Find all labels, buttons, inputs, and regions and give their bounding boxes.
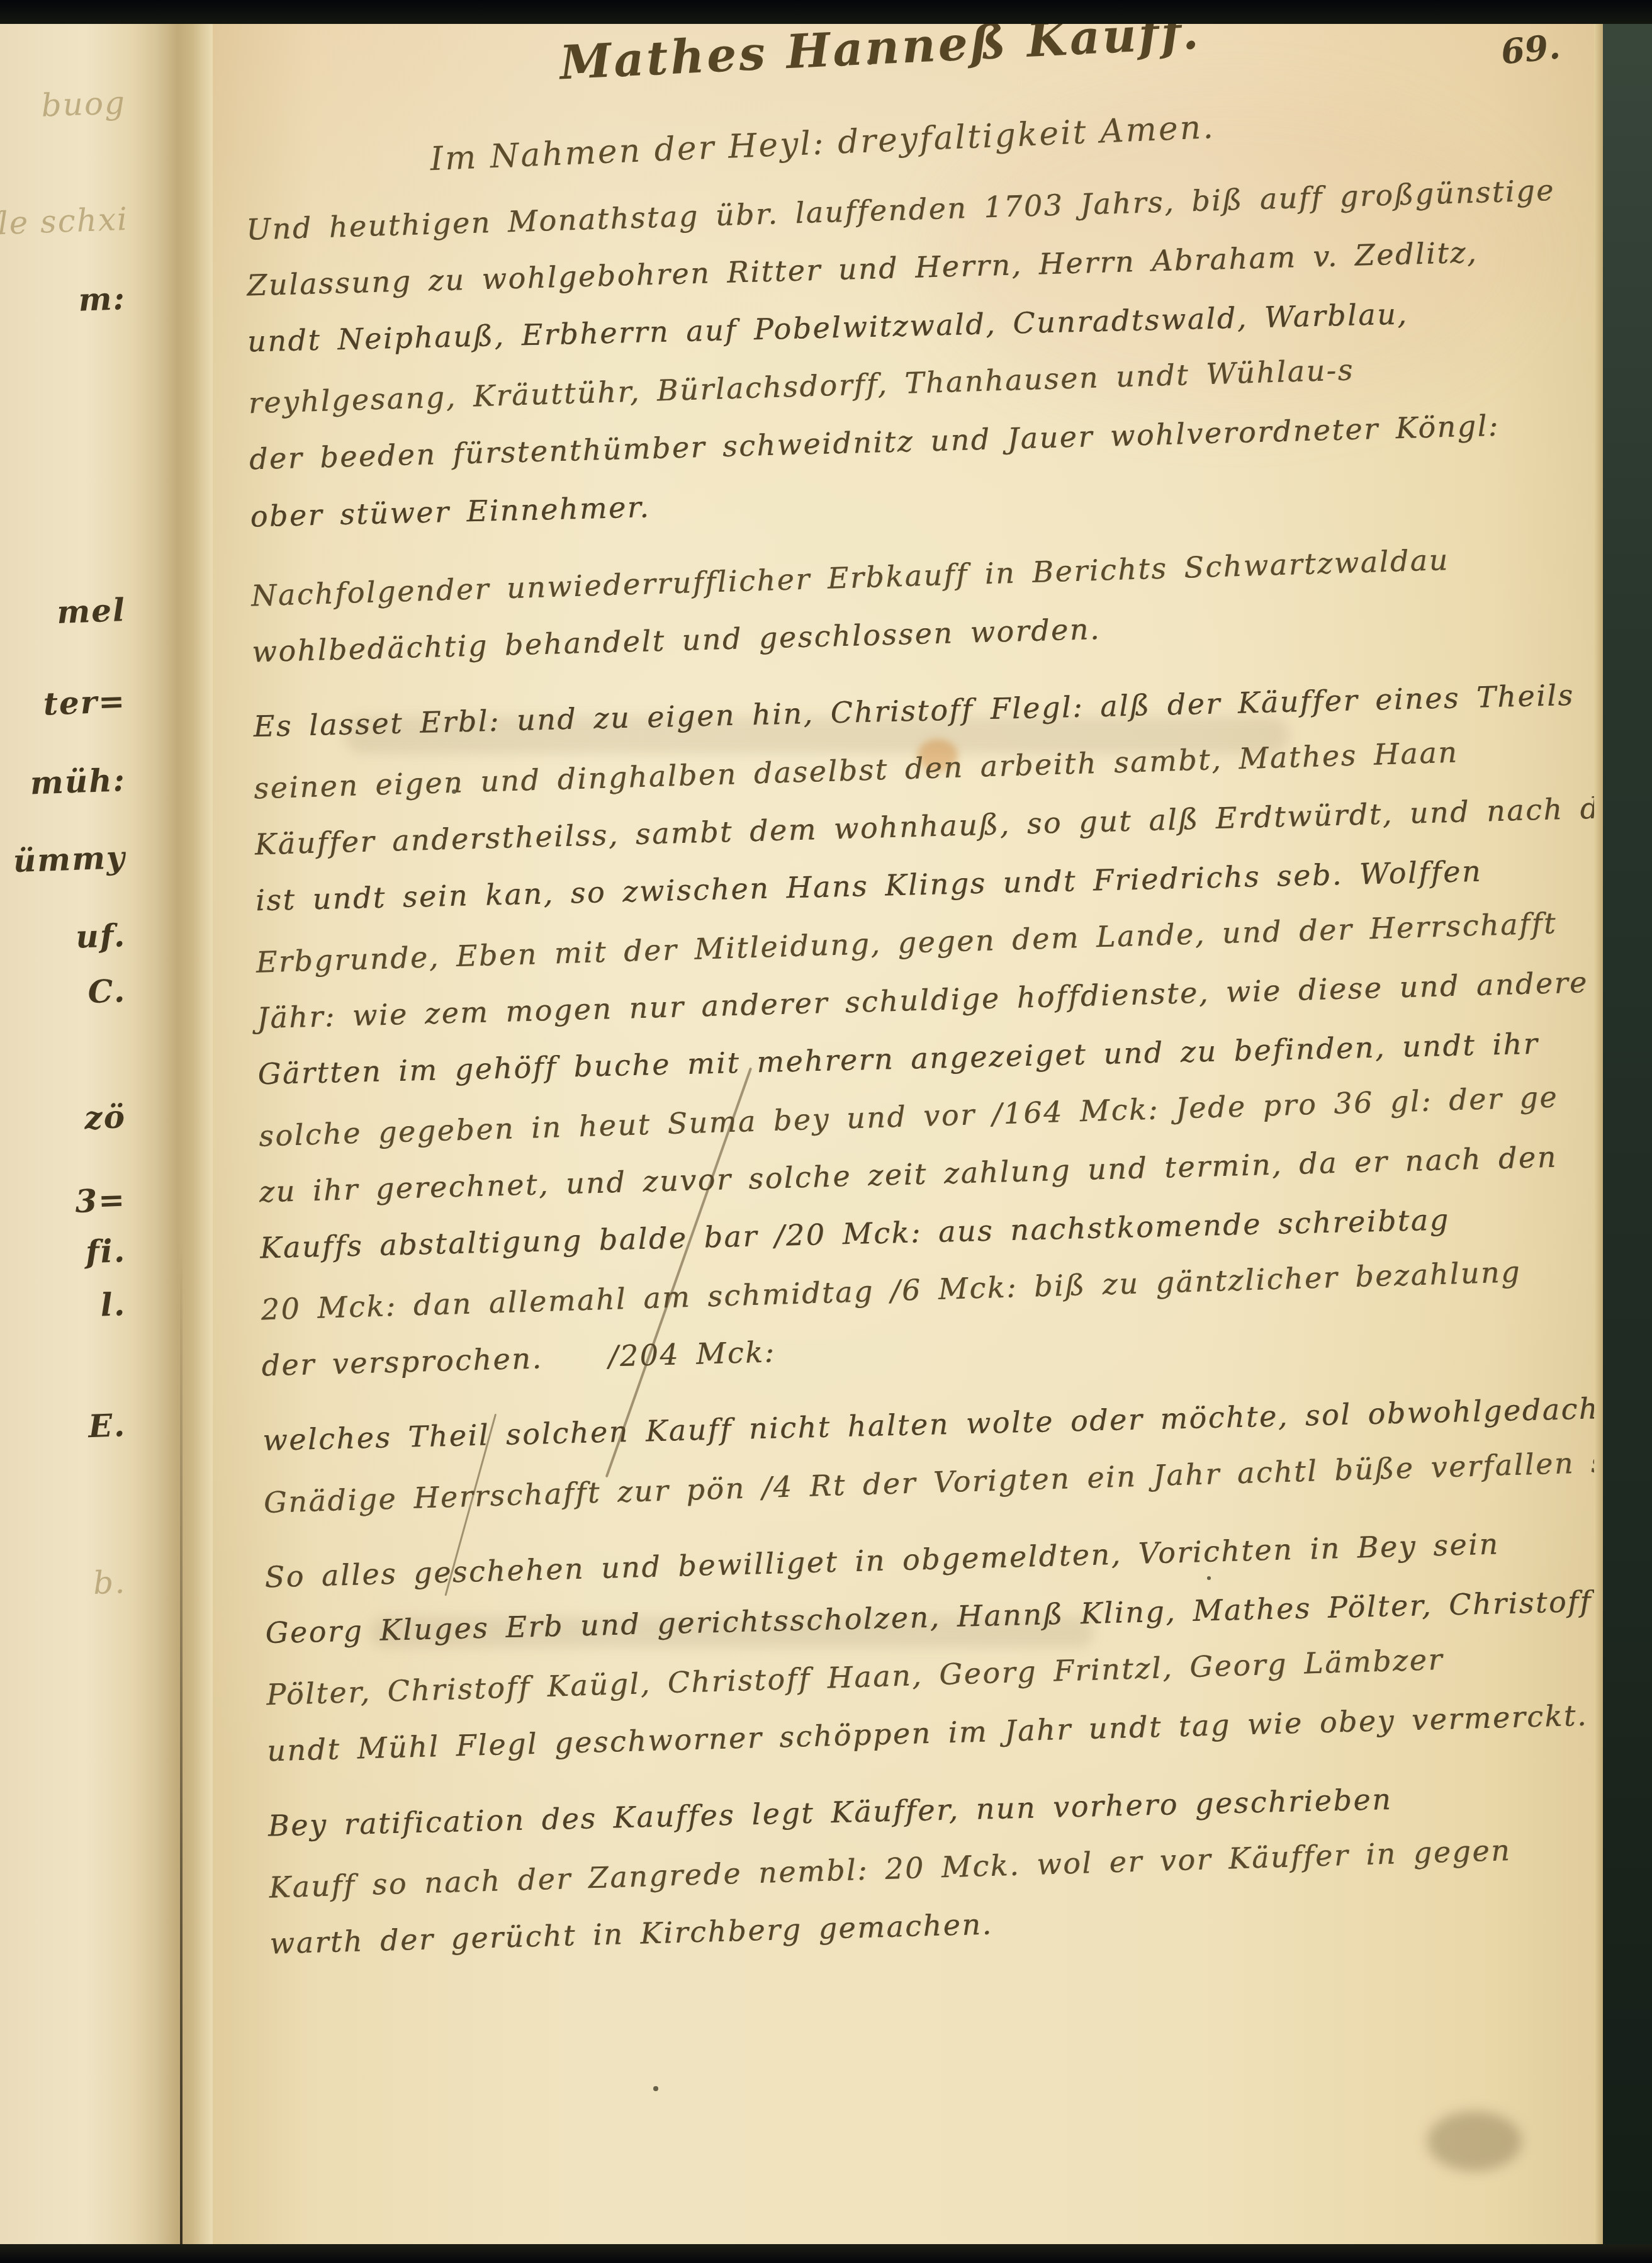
manuscript-line: Und heuthigen Monathstag übr. lauffenden… <box>246 173 1556 247</box>
manuscript-line: Käuffer anderstheilss, sambt dem wohnhau… <box>254 791 1605 862</box>
manuscript-scan: buogfle schxim:melter=müh:ümmyuf.C.zö3=f… <box>0 0 1652 2263</box>
folio-number: 69. <box>1499 26 1562 72</box>
manuscript-line: Pölter, Christoff Kaügl, Christoff Haan,… <box>266 1642 1444 1712</box>
facing-page-fragment: m: <box>0 279 126 322</box>
manuscript-line: Gärtten im gehöff buche mit mehrern ange… <box>257 1027 1539 1092</box>
facing-page-fragment: müh: <box>0 761 126 803</box>
manuscript-line: der versprochen. /204 Mck: <box>261 1335 776 1382</box>
manuscript-line: der beeden fürstenthümber schweidnitz un… <box>249 409 1500 477</box>
manuscript-line: zu ihr gerechnet, und zuvor solche zeit … <box>259 1140 1558 1209</box>
facing-page-fragment: C. <box>0 972 126 1014</box>
manuscript-page: Mathes Hanneß Kauff. Im Nahmen der Heyl:… <box>213 15 1605 2245</box>
manuscript-line: Georg Kluges Erb und gerichtsscholzen, H… <box>265 1584 1593 1650</box>
invocation-line: Im Nahmen der Heyl: dreyfaltigkeit Amen. <box>429 108 1216 178</box>
facing-page-fragment: E. <box>0 1406 126 1448</box>
manuscript-line: undt Mühl Flegl geschworner schöppen im … <box>266 1698 1588 1768</box>
manuscript-line: Kauff so nach der Zangrede nembl: 20 Mck… <box>269 1833 1512 1905</box>
facing-page-fragment: uf. <box>0 917 126 959</box>
manuscript-line: warth der gerücht in Kirchberg gemachen. <box>269 1907 993 1960</box>
manuscript-line: Kauffs abstaltigung balde bar /20 Mck: a… <box>259 1202 1450 1265</box>
manuscript-line: wohlbedächtig behandelt und geschlossen … <box>252 612 1101 669</box>
facing-page-fragment: mel <box>0 591 126 633</box>
facing-page-fragment: fi. <box>0 1232 126 1274</box>
manuscript-line: Erbgrunde, Eben mit der Mitleidung, gege… <box>256 906 1558 979</box>
facing-page: buogfle schxim:melter=müh:ümmyuf.C.zö3=f… <box>0 18 155 2246</box>
facing-page-fragment: b. <box>0 1564 126 1605</box>
manuscript-line: Jähr: wie zem mogen nur anderer schuldig… <box>257 965 1589 1035</box>
manuscript-line: ober stüwer Einnehmer. <box>250 490 651 533</box>
facing-page-fragment: ter= <box>0 682 126 725</box>
manuscript-line: seinen eigen und dinghalben daselbst den… <box>254 735 1459 806</box>
manuscript-line: 20 Mck: dan allemahl am schmidtag /6 Mck… <box>261 1255 1522 1326</box>
book-cover-right <box>1603 0 1652 2263</box>
facing-page-fragment: buog <box>0 84 126 126</box>
book-cover-bottom <box>0 2244 1652 2263</box>
manuscript-line: So alles geschehen und bewilliget in obg… <box>264 1527 1500 1594</box>
manuscript-line: welches Theil solchen Kauff nicht halten… <box>262 1391 1605 1457</box>
manuscript-line: Es lasset Erbl: und zu eigen hin, Christ… <box>253 678 1575 743</box>
manuscript-line: Gnädige Herrschafft zur pön /4 Rt der Vo… <box>263 1443 1605 1520</box>
book-cover-top <box>0 0 1652 24</box>
manuscript-line: undt Neiphauß, Erbherrn auf Pobelwitzwal… <box>247 296 1408 358</box>
manuscript-line: Nachfolgender unwiederrufflicher Erbkauf… <box>250 543 1449 612</box>
facing-page-fragment: zö <box>0 1098 126 1140</box>
facing-page-fragment: 3= <box>0 1181 126 1223</box>
facing-page-fragment: l. <box>0 1285 126 1328</box>
manuscript-line: Bey ratification des Kauffes legt Käuffe… <box>267 1782 1392 1843</box>
manuscript-line: Zulassung zu wohlgebohren Ritter und Her… <box>247 235 1478 303</box>
gutter-shadow <box>155 16 213 2246</box>
page-title: Mathes Hanneß Kauff. <box>558 15 1202 90</box>
facing-page-fragment: ümmy <box>0 838 126 881</box>
manuscript-line: reyhlgesang, Kräuttühr, Bürlachsdorff, T… <box>248 353 1355 420</box>
manuscript-line: ist undt sein kan, so zwischen Hans Klin… <box>255 854 1482 918</box>
text-block: Mathes Hanneß Kauff. Im Nahmen der Heyl:… <box>240 15 1605 2237</box>
facing-page-fragment: fle schxi <box>0 201 126 242</box>
manuscript-line: solche gegeben in heut Suma bey und vor … <box>258 1080 1558 1153</box>
